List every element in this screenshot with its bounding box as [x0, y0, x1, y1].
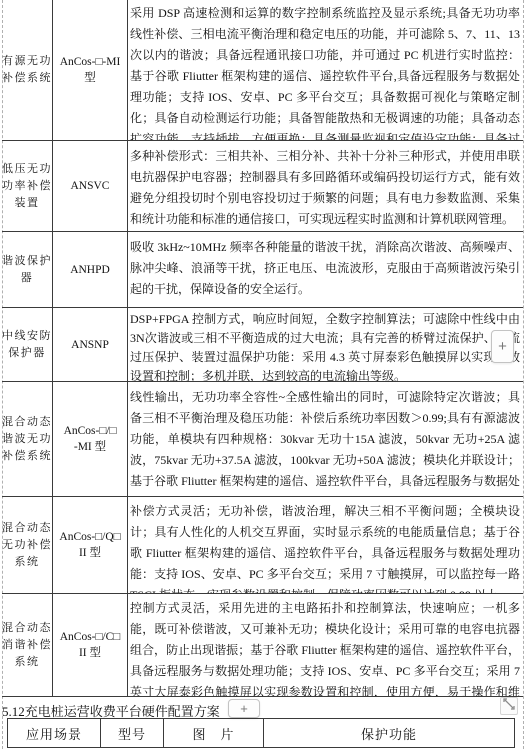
- description-cell[interactable]: 线性输出，无功功率全容性~全感性输出的同时，可滤除特定次谐波；具备三相不平衡治理…: [128, 382, 523, 496]
- model-cell[interactable]: AnCos-□/Q□II 型: [53, 497, 128, 593]
- header-application-scene[interactable]: 应用场景: [8, 719, 101, 747]
- header-protection[interactable]: 保护功能: [264, 719, 514, 747]
- hardware-config-table: 应用场景 型号 图 片 保护功能: [7, 718, 515, 748]
- model-line: -MI 型: [74, 439, 106, 455]
- scenario-line: 混合动态: [2, 520, 52, 537]
- model-line: ANHPD: [70, 262, 110, 278]
- table-row: 混合动态无功补偿系统AnCos-□/Q□II 型补偿方式灵活；无功补偿，谐波治理…: [2, 497, 523, 594]
- description-cell[interactable]: 多种补偿形式：三相共补、三相分补、共补十分补三种形式，并使用串联电抗器保护电容器…: [128, 141, 523, 231]
- scenario-line: 低压无功: [2, 161, 52, 178]
- scenario-cell[interactable]: 低压无功功率补偿装置: [2, 141, 53, 231]
- model-cell[interactable]: ANSVC: [53, 141, 128, 231]
- scenario-line: 系统: [15, 654, 40, 671]
- scenario-line: 谐波无功: [2, 431, 52, 448]
- scenario-line: 补偿系统: [2, 70, 52, 87]
- scenario-line: 功率补偿: [2, 178, 52, 195]
- scenario-line: 器: [21, 270, 34, 287]
- scenario-line: 保护器: [8, 345, 46, 362]
- scenario-cell[interactable]: 中线安防保护器: [2, 308, 53, 381]
- table-row: 谐波保护器ANHPD吸收 3kHz~10MHz 频率各种能量的谐波干扰，消除高次…: [2, 232, 523, 308]
- model-line: AnCos-□/□: [64, 423, 117, 439]
- model-line: ANSNP: [71, 337, 109, 353]
- header-picture[interactable]: 图 片: [164, 719, 264, 747]
- description-cell[interactable]: 吸收 3kHz~10MHz 频率各种能量的谐波干扰，消除高次谐波、高频噪声、脉冲…: [128, 232, 523, 307]
- header-model[interactable]: 型号: [101, 719, 164, 747]
- insert-row-button[interactable]: +: [228, 699, 260, 718]
- description-cell[interactable]: 采用 DSP 高速检测和运算的数字控制系统监控及显示系统;具备无功功率线性补偿、…: [128, 0, 523, 140]
- scenario-cell[interactable]: 混合动态谐波无功补偿系统: [2, 382, 53, 496]
- table-row: 有源无功补偿系统AnCos-□-MI 型采用 DSP 高速检测和运算的数字控制系…: [2, 0, 523, 141]
- model-cell[interactable]: AnCos-□/□-MI 型: [53, 382, 128, 496]
- model-line: II 型: [79, 545, 101, 561]
- equipment-table: 有源无功补偿系统AnCos-□-MI 型采用 DSP 高速检测和运算的数字控制系…: [2, 0, 523, 697]
- scenario-cell[interactable]: 谐波保护器: [2, 232, 53, 307]
- model-cell[interactable]: ANHPD: [53, 232, 128, 307]
- scenario-line: 有源无功: [2, 53, 52, 70]
- table-row: 混合动态消谐补偿系统AnCos-□/C□II 型控制方式灵活，采用先进的主电路拓…: [2, 594, 523, 697]
- scenario-line: 混合动态: [2, 620, 52, 637]
- model-line: AnCos-□/C□: [60, 629, 121, 645]
- model-line: AnCos-□/Q□: [59, 529, 120, 545]
- scenario-line: 装置: [15, 195, 40, 212]
- scenario-cell[interactable]: 混合动态无功补偿系统: [2, 497, 53, 593]
- description-cell[interactable]: 补偿方式灵活；无功补偿，谐波治理，解决三相不平衡问题；全模块设计；具有人性化的人…: [128, 497, 523, 593]
- model-line: II 型: [79, 645, 101, 661]
- scenario-line: 中线安防: [2, 328, 52, 345]
- model-cell[interactable]: AnCos-□/C□II 型: [53, 594, 128, 696]
- scenario-line: 混合动态: [2, 414, 52, 431]
- diagonal-resize-icon: [503, 697, 515, 715]
- model-line: ANSVC: [71, 178, 110, 194]
- scenario-cell[interactable]: 有源无功补偿系统: [2, 0, 53, 140]
- table-resize-handle[interactable]: [500, 697, 518, 715]
- model-cell[interactable]: AnCos-□-MI 型: [53, 0, 128, 140]
- insert-column-button[interactable]: +: [491, 330, 514, 363]
- scenario-line: 补偿系统: [2, 448, 52, 465]
- scenario-line: 谐波保护: [2, 253, 52, 270]
- scenario-line: 无功补偿: [2, 537, 52, 554]
- right-text-boundary: [523, 0, 524, 749]
- scenario-cell[interactable]: 混合动态消谐补偿系统: [2, 594, 53, 696]
- table-row: 混合动态谐波无功补偿系统AnCos-□/□-MI 型线性输出，无功功率全容性~全…: [2, 382, 523, 497]
- model-cell[interactable]: ANSNP: [53, 308, 128, 381]
- scenario-line: 消谐补偿: [2, 637, 52, 654]
- scenario-line: 系统: [15, 554, 40, 571]
- table-row: 中线安防保护器ANSNPDSP+FPGA 控制方式，响应时间短，全数字控制算法；…: [2, 308, 523, 382]
- table-row: 低压无功功率补偿装置ANSVC多种补偿形式：三相共补、三相分补、共补十分补三种形…: [2, 141, 523, 232]
- document-page: 有源无功补偿系统AnCos-□-MI 型采用 DSP 高速检测和运算的数字控制系…: [0, 0, 532, 749]
- model-line: AnCos-□-MI 型: [53, 54, 127, 86]
- description-cell[interactable]: 控制方式灵活，采用先进的主电路拓扑和控制算法，快速响应；一机多能，既可补偿谐波，…: [128, 594, 523, 696]
- description-cell[interactable]: DSP+FPGA 控制方式，响应时间短，全数字控制算法；可滤除中性线中由 3N次…: [128, 308, 523, 381]
